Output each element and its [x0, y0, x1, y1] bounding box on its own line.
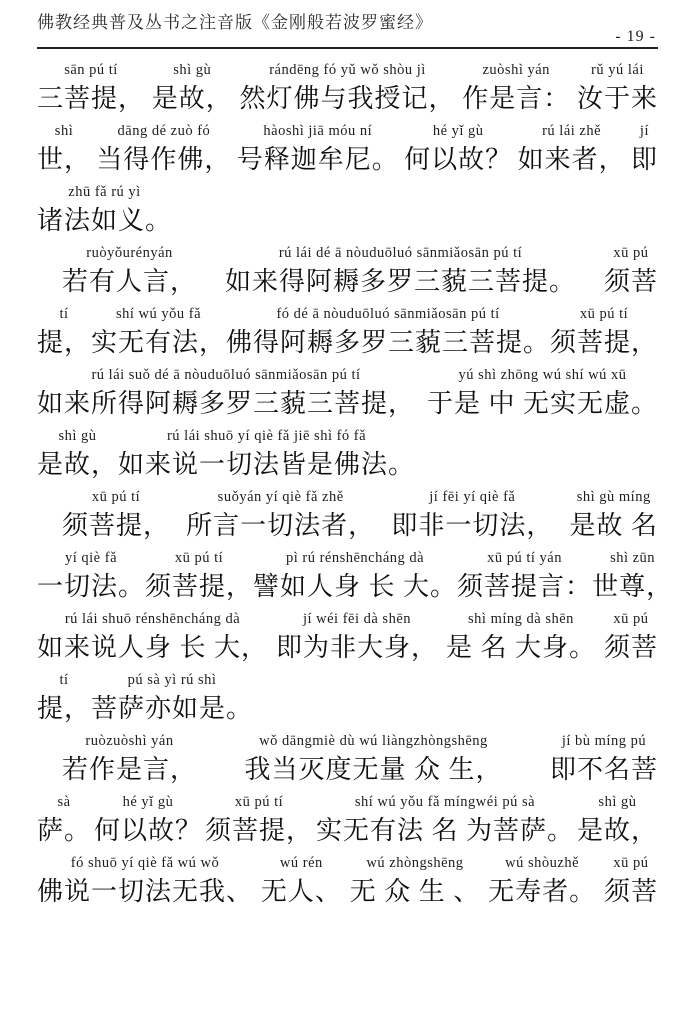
- hanzi-text: 然灯佛与我授记，: [239, 80, 455, 117]
- pinyin-text: xū pú tí: [235, 793, 283, 812]
- phrase-segment: xū pú tí须菩提，: [550, 305, 658, 361]
- hanzi-text: 一切法。: [37, 568, 145, 605]
- annotated-line: xū pú tí须菩提，suǒyán yí qiè fǎ zhě所言一切法者，j…: [37, 488, 658, 544]
- hanzi-text: 须菩提言：: [457, 568, 592, 605]
- pinyin-text: rú lái shuō rénshēncháng dà: [65, 610, 240, 629]
- hanzi-text: 实无有法，: [91, 324, 226, 361]
- pinyin-text: shì míng dà shēn: [468, 610, 574, 629]
- phrase-segment: jí fēi yí qiè fǎ即非一切法，: [391, 488, 553, 544]
- hanzi-text: 汝于来: [577, 80, 658, 117]
- pinyin-text: zuòshì yán: [483, 61, 550, 80]
- pinyin-text: yú shì zhōng wú shí wú xū: [459, 366, 627, 385]
- pinyin-text: shì gù: [598, 793, 636, 812]
- annotated-line: tí提，pú sà yì rú shì菩萨亦如是。: [37, 671, 658, 727]
- phrase-segment: xū pú tí yán须菩提言：: [457, 549, 592, 605]
- pinyin-text: xū pú: [613, 854, 648, 873]
- hanzi-text: 无人、: [261, 873, 342, 910]
- pinyin-text: xū pú tí: [580, 305, 628, 324]
- hanzi-text: 当得作佛，: [96, 141, 231, 178]
- hanzi-text: 须菩提，: [145, 568, 253, 605]
- phrase-segment: suǒyán yí qiè fǎ zhě所言一切法者，: [186, 488, 375, 544]
- book-header: 佛教经典普及丛书之注音版《金刚般若波罗蜜经》: [37, 8, 433, 33]
- pinyin-text: shì gù: [58, 427, 96, 446]
- phrase-segment: dāng dé zuò fó当得作佛，: [96, 122, 231, 178]
- annotated-line: ruòzuòshì yán若作是言，wǒ dāngmiè dù wú liàng…: [37, 732, 658, 788]
- hanzi-text: 是故 名: [569, 507, 658, 544]
- hanzi-text: 佛得阿耨多罗三藐三菩提。: [226, 324, 550, 361]
- phrase-segment: fó shuō yí qiè fǎ wú wǒ佛说一切法无我、: [37, 854, 253, 910]
- phrase-segment: tí提，: [37, 671, 91, 727]
- hanzi-text: 无寿者。: [488, 873, 596, 910]
- annotated-line: fó shuō yí qiè fǎ wú wǒ佛说一切法无我、wú rén无人、…: [37, 854, 658, 910]
- hanzi-text: 佛说一切法无我、: [37, 873, 253, 910]
- hanzi-text: 如来说一切法皆是佛法。: [118, 446, 415, 483]
- pinyin-text: hàoshì jiā móu ní: [263, 122, 372, 141]
- phrase-segment: pú sà yì rú shì菩萨亦如是。: [91, 671, 253, 727]
- hanzi-text: 即不名菩: [550, 751, 658, 788]
- hanzi-text: 是 名 大身。: [446, 629, 596, 666]
- hanzi-text: 须菩提，: [550, 324, 658, 361]
- phrase-segment: xū pú tí须菩提，: [145, 549, 253, 605]
- hanzi-text: 须菩: [604, 629, 658, 666]
- phrase-segment: sà萨。: [37, 793, 91, 849]
- pinyin-text: rú lái dé ā nòuduōluó sānmiǎosān pú tí: [279, 244, 522, 263]
- hanzi-text: 世尊，: [592, 568, 673, 605]
- pinyin-text: pì rú rénshēncháng dà: [286, 549, 424, 568]
- phrase-segment: wú shòuzhě无寿者。: [488, 854, 596, 910]
- hanzi-text: 三菩提，: [37, 80, 145, 117]
- phrase-segment: rú lái shuō rénshēncháng dà如来说人身 长 大，: [37, 610, 268, 666]
- pinyin-text: jí fēi yí qiè fǎ: [429, 488, 515, 507]
- pinyin-text: shì gù míng: [577, 488, 651, 507]
- scripture-content: sān pú tí三菩提，shì gù是故，rándēng fó yǔ wǒ s…: [37, 61, 658, 915]
- pinyin-text: rú lái suǒ dé ā nòuduōluó sānmiǎosān pú …: [91, 366, 360, 385]
- phrase-segment: jí wéi fēi dà shēn即为非大身，: [276, 610, 438, 666]
- pinyin-text: rǔ yú lái: [591, 61, 644, 80]
- phrase-segment: wú rén无人、: [261, 854, 342, 910]
- annotated-line: tí提，shí wú yǒu fǎ实无有法，fó dé ā nòuduōluó …: [37, 305, 658, 361]
- phrase-segment: sān pú tí三菩提，: [37, 61, 145, 117]
- hanzi-text: 譬如人身 长 大。: [253, 568, 457, 605]
- phrase-segment: rú lái dé ā nòuduōluó sānmiǎosān pú tí如来…: [225, 244, 576, 300]
- hanzi-text: 须菩提，: [205, 812, 313, 849]
- annotated-line: rú lái shuō rénshēncháng dà如来说人身 长 大，jí …: [37, 610, 658, 666]
- hanzi-text: 如来者，: [518, 141, 626, 178]
- pinyin-text: jí wéi fēi dà shēn: [303, 610, 411, 629]
- phrase-segment: rú lái zhě如来者，: [518, 122, 626, 178]
- hanzi-text: 实无有法 名 为菩萨。: [316, 812, 574, 849]
- pinyin-text: xū pú tí: [175, 549, 223, 568]
- pinyin-text: wǒ dāngmiè dù wú liàngzhòngshēng: [259, 732, 488, 751]
- phrase-segment: shì gù是故，: [152, 61, 233, 117]
- phrase-segment: hàoshì jiā móu ní号释迦牟尼。: [237, 122, 399, 178]
- hanzi-text: 提，: [37, 324, 91, 361]
- phrase-segment: xū pú tí须菩提，: [62, 488, 170, 544]
- hanzi-text: 无 众 生 、: [350, 873, 481, 910]
- pinyin-text: xū pú: [613, 244, 648, 263]
- phrase-segment: wǒ dāngmiè dù wú liàngzhòngshēng我当灭度无量 众…: [244, 732, 502, 788]
- annotated-line: shì gù是故，rú lái shuō yí qiè fǎ jiē shì f…: [37, 427, 658, 483]
- pinyin-text: dāng dé zuò fó: [118, 122, 211, 141]
- pinyin-text: xū pú tí: [92, 488, 140, 507]
- hanzi-text: 须菩: [604, 873, 658, 910]
- pinyin-text: suǒyán yí qiè fǎ zhě: [218, 488, 344, 507]
- hanzi-text: 即: [631, 141, 658, 178]
- hanzi-text: 作是言：: [462, 80, 570, 117]
- phrase-segment: ruòzuòshì yán若作是言，: [62, 732, 197, 788]
- pinyin-text: shì gù: [173, 61, 211, 80]
- phrase-segment: shì gù míng是故 名: [569, 488, 658, 544]
- hanzi-text: 如来说人身 长 大，: [37, 629, 268, 666]
- hanzi-text: 我当灭度无量 众 生，: [244, 751, 502, 788]
- hanzi-text: 是故，: [37, 446, 118, 483]
- phrase-segment: zuòshì yán作是言：: [462, 61, 570, 117]
- phrase-segment: hé yǐ gù何以故？: [94, 793, 202, 849]
- phrase-segment: tí提，: [37, 305, 91, 361]
- phrase-segment: ruòyǒurényán若有人言，: [62, 244, 197, 300]
- hanzi-text: 号释迦牟尼。: [237, 141, 399, 178]
- hanzi-text: 如来所得阿耨多罗三藐三菩提，: [37, 385, 415, 422]
- phrase-segment: xū pú tí须菩提，: [205, 793, 313, 849]
- pinyin-text: jí bù míng pú: [562, 732, 646, 751]
- pinyin-text: sān pú tí: [64, 61, 118, 80]
- pinyin-text: pú sà yì rú shì: [128, 671, 217, 690]
- pinyin-text: rú lái shuō yí qiè fǎ jiē shì fó fǎ: [167, 427, 366, 446]
- hanzi-text: 是故，: [577, 812, 658, 849]
- phrase-segment: shì zūn世尊，: [592, 549, 673, 605]
- hanzi-text: 即非一切法，: [391, 507, 553, 544]
- pinyin-text: tí: [59, 671, 68, 690]
- phrase-segment: xū pú须菩: [604, 610, 658, 666]
- phrase-segment: yí qiè fǎ一切法。: [37, 549, 145, 605]
- annotated-line: shì世，dāng dé zuò fó当得作佛，hàoshì jiā móu n…: [37, 122, 658, 178]
- phrase-segment: shì míng dà shēn是 名 大身。: [446, 610, 596, 666]
- phrase-segment: pì rú rénshēncháng dà譬如人身 长 大。: [253, 549, 457, 605]
- hanzi-text: 何以故？: [404, 141, 512, 178]
- phrase-segment: hé yǐ gù何以故？: [404, 122, 512, 178]
- phrase-segment: xū pú须菩: [604, 244, 658, 300]
- phrase-segment: shí wú yǒu fǎ míngwéi pú sà实无有法 名 为菩萨。: [316, 793, 574, 849]
- phrase-segment: yú shì zhōng wú shí wú xū于是 中 无实无虚。: [427, 366, 658, 422]
- phrase-segment: shì gù是故，: [37, 427, 118, 483]
- scripture-page: 佛教经典普及丛书之注音版《金刚般若波罗蜜经》 - 19 - sān pú tí三…: [0, 0, 690, 1029]
- pinyin-text: shí wú yǒu fǎ míngwéi pú sà: [355, 793, 535, 812]
- pinyin-text: xū pú: [613, 610, 648, 629]
- annotated-line: zhū fǎ rú yì诸法如义。: [37, 183, 658, 239]
- header-divider: [37, 47, 658, 49]
- pinyin-text: fó dé ā nòuduōluó sānmiǎosān pú tí: [276, 305, 499, 324]
- pinyin-text: jí: [640, 122, 649, 141]
- annotated-line: sān pú tí三菩提，shì gù是故，rándēng fó yǔ wǒ s…: [37, 61, 658, 117]
- phrase-segment: rándēng fó yǔ wǒ shòu jì然灯佛与我授记，: [239, 61, 455, 117]
- hanzi-text: 若有人言，: [62, 263, 197, 300]
- phrase-segment: jí即: [631, 122, 658, 178]
- pinyin-text: rándēng fó yǔ wǒ shòu jì: [269, 61, 426, 80]
- pinyin-text: xū pú tí yán: [487, 549, 562, 568]
- phrase-segment: jí bù míng pú即不名菩: [550, 732, 658, 788]
- annotated-line: sà萨。hé yǐ gù何以故？xū pú tí须菩提，shí wú yǒu f…: [37, 793, 658, 849]
- hanzi-text: 提，: [37, 690, 91, 727]
- pinyin-text: rú lái zhě: [542, 122, 601, 141]
- hanzi-text: 若作是言，: [62, 751, 197, 788]
- hanzi-text: 萨。: [37, 812, 91, 849]
- hanzi-text: 所言一切法者，: [186, 507, 375, 544]
- phrase-segment: wú zhòngshēng无 众 生 、: [350, 854, 481, 910]
- pinyin-text: shì: [55, 122, 73, 141]
- pinyin-text: wú rén: [280, 854, 323, 873]
- annotated-line: yí qiè fǎ一切法。xū pú tí须菩提，pì rú rénshēnch…: [37, 549, 658, 605]
- pinyin-text: wú zhòngshēng: [366, 854, 463, 873]
- phrase-segment: rú lái suǒ dé ā nòuduōluó sānmiǎosān pú …: [37, 366, 415, 422]
- hanzi-text: 菩萨亦如是。: [91, 690, 253, 727]
- phrase-segment: rǔ yú lái汝于来: [577, 61, 658, 117]
- annotated-line: ruòyǒurényán若有人言，rú lái dé ā nòuduōluó s…: [37, 244, 658, 300]
- annotated-line: rú lái suǒ dé ā nòuduōluó sānmiǎosān pú …: [37, 366, 658, 422]
- hanzi-text: 如来得阿耨多罗三藐三菩提。: [225, 263, 576, 300]
- hanzi-text: 即为非大身，: [276, 629, 438, 666]
- pinyin-text: ruòzuòshì yán: [85, 732, 173, 751]
- pinyin-text: sà: [57, 793, 70, 812]
- pinyin-text: zhū fǎ rú yì: [68, 183, 140, 202]
- pinyin-text: shí wú yǒu fǎ: [116, 305, 201, 324]
- hanzi-text: 是故，: [152, 80, 233, 117]
- hanzi-text: 诸法如义。: [37, 202, 172, 239]
- pinyin-text: yí qiè fǎ: [65, 549, 117, 568]
- hanzi-text: 于是 中 无实无虚。: [427, 385, 658, 422]
- hanzi-text: 何以故？: [94, 812, 202, 849]
- phrase-segment: rú lái shuō yí qiè fǎ jiē shì fó fǎ如来说一切…: [118, 427, 415, 483]
- pinyin-text: hé yǐ gù: [123, 793, 174, 812]
- page-number: - 19 -: [615, 28, 656, 46]
- phrase-segment: shì gù是故，: [577, 793, 658, 849]
- phrase-segment: fó dé ā nòuduōluó sānmiǎosān pú tí佛得阿耨多罗…: [226, 305, 550, 361]
- phrase-segment: zhū fǎ rú yì诸法如义。: [37, 183, 172, 239]
- phrase-segment: shí wú yǒu fǎ实无有法，: [91, 305, 226, 361]
- pinyin-text: hé yǐ gù: [433, 122, 484, 141]
- hanzi-text: 须菩提，: [62, 507, 170, 544]
- pinyin-text: wú shòuzhě: [505, 854, 579, 873]
- phrase-segment: shì世，: [37, 122, 91, 178]
- phrase-segment: xū pú须菩: [604, 854, 658, 910]
- pinyin-text: fó shuō yí qiè fǎ wú wǒ: [71, 854, 219, 873]
- pinyin-text: shì zūn: [610, 549, 655, 568]
- hanzi-text: 世，: [37, 141, 91, 178]
- hanzi-text: 须菩: [604, 263, 658, 300]
- pinyin-text: tí: [59, 305, 68, 324]
- pinyin-text: ruòyǒurényán: [86, 244, 173, 263]
